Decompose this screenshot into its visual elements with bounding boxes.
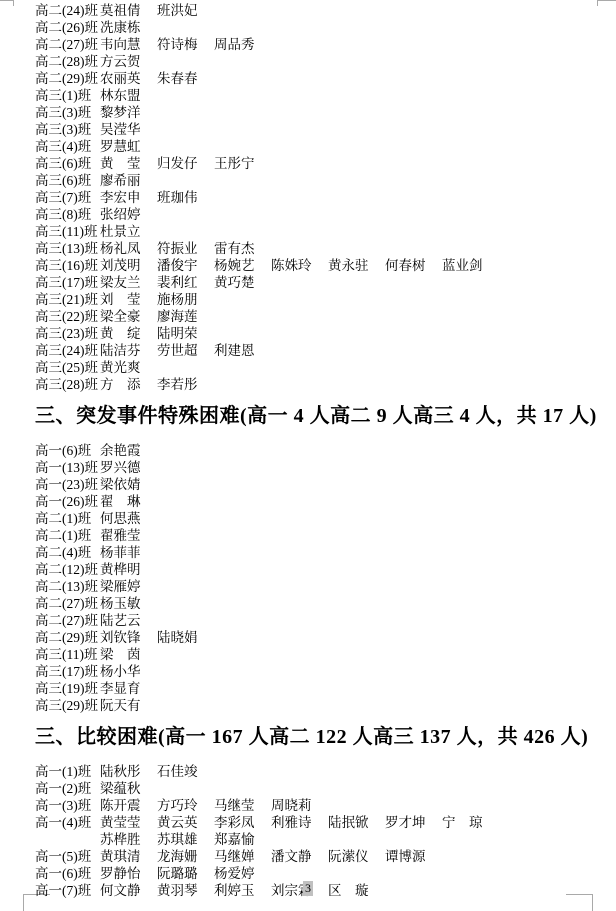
roster-row: 高三(22)班梁全豪廖海莲 <box>35 308 605 325</box>
class-label: 高三(1)班 <box>35 87 100 104</box>
class-label: 高三(6)班 <box>35 172 100 189</box>
roster-row: 高三(25)班黄光爽 <box>35 359 605 376</box>
student-name: 利雅诗 <box>271 814 328 831</box>
roster-row: 高二(13)班梁雁婷 <box>35 578 605 595</box>
roster-row: 高三(3)班吴滢华 <box>35 121 605 138</box>
class-label: 高三(11)班 <box>35 646 100 663</box>
roster-row: 高三(7)班李宏申班珈伟 <box>35 189 605 206</box>
student-name: 刘宗霖 <box>271 882 328 899</box>
student-name: 杜景立 <box>100 223 157 240</box>
roster-row: 高二(28)班方云贺 <box>35 53 605 70</box>
roster-row: 高一(3)班陈开震方巧玲马继莹周晓莉 <box>35 797 605 814</box>
roster-row: 高二(27)班杨玉敏 <box>35 595 605 612</box>
roster-row: 高二(29)班刘钦锋陆晓娟 <box>35 629 605 646</box>
roster-row: 高三(11)班杜景立 <box>35 223 605 240</box>
roster-row: 高三(17)班梁友兰裴利红黄巧楚 <box>35 274 605 291</box>
class-label: 高一(26)班 <box>35 493 100 510</box>
student-name: 李宏申 <box>100 189 157 206</box>
student-name: 班珈伟 <box>157 189 214 206</box>
roster-row: 高一(26)班翟 琳 <box>35 493 605 510</box>
class-label: 高二(27)班 <box>35 595 100 612</box>
class-label: 高二(13)班 <box>35 578 100 595</box>
class-label: 高二(4)班 <box>35 544 100 561</box>
student-name: 廖希丽 <box>100 172 157 189</box>
student-name: 归发仔 <box>157 155 214 172</box>
roster-row: 高一(13)班罗兴德 <box>35 459 605 476</box>
class-label: 高一(1)班 <box>35 763 100 780</box>
class-label: 高三(29)班 <box>35 697 100 714</box>
roster-row: 苏桦胜苏琪雄郑嘉愉 <box>35 831 605 848</box>
student-name: 蓝业剑 <box>442 257 499 274</box>
class-label: 高二(28)班 <box>35 53 100 70</box>
roster-row: 高三(21)班刘 莹施杨朋 <box>35 291 605 308</box>
student-name: 罗兴德 <box>100 459 157 476</box>
roster-row: 高二(27)班韦向慧符诗梅周品秀 <box>35 36 605 53</box>
student-name: 梁雁婷 <box>100 578 157 595</box>
student-name: 杨菲菲 <box>100 544 157 561</box>
roster-row: 高三(1)班林东盟 <box>35 87 605 104</box>
class-label: 高三(3)班 <box>35 104 100 121</box>
student-name: 陆明荣 <box>157 325 214 342</box>
roster-row: 高一(4)班黄莹莹黄云英李彩凤利雅诗陆抿锨罗才坤宁 琼 <box>35 814 605 831</box>
roster-section: 高一(1)班陆秋彤石佳竣高一(2)班梁蕴秋高一(3)班陈开震方巧玲马继莹周晓莉高… <box>35 763 605 899</box>
student-name: 符振业 <box>157 240 214 257</box>
roster-row: 高一(5)班黄琪清龙海姗马继婵潘文静阮潆仪谭博源 <box>35 848 605 865</box>
student-name: 杨礼凤 <box>100 240 157 257</box>
roster-row: 高三(6)班黄 莹归发仔王彤宁 <box>35 155 605 172</box>
document-content: 高二(24)班莫祖倩班洪妃高二(26)班冼康栋高二(27)班韦向慧符诗梅周品秀高… <box>35 2 605 899</box>
student-name: 罗慧虹 <box>100 138 157 155</box>
section-heading: 三、突发事件特殊困难(高一 4 人高二 9 人高三 4 人，共 17 人) <box>35 403 605 429</box>
student-name: 黄云英 <box>157 814 214 831</box>
student-name: 廖海莲 <box>157 308 214 325</box>
class-label: 高三(17)班 <box>35 274 100 291</box>
class-label: 高三(16)班 <box>35 257 100 274</box>
roster-row: 高一(1)班陆秋彤石佳竣 <box>35 763 605 780</box>
class-label: 高三(8)班 <box>35 206 100 223</box>
class-label: 高一(5)班 <box>35 848 100 865</box>
student-name: 冼康栋 <box>100 19 157 36</box>
class-label: 高一(7)班 <box>35 882 100 899</box>
roster-row: 高三(13)班杨礼凤符振业雷有杰 <box>35 240 605 257</box>
class-label: 高三(4)班 <box>35 138 100 155</box>
student-name: 黄桦明 <box>100 561 157 578</box>
class-label: 高二(12)班 <box>35 561 100 578</box>
student-name: 黎梦洋 <box>100 104 157 121</box>
class-label: 高二(24)班 <box>35 2 100 19</box>
student-name: 符诗梅 <box>157 36 214 53</box>
student-name: 陈开震 <box>100 797 157 814</box>
class-label: 高二(29)班 <box>35 70 100 87</box>
roster-row: 高二(24)班莫祖倩班洪妃 <box>35 2 605 19</box>
student-name: 农丽英 <box>100 70 157 87</box>
class-label: 高二(26)班 <box>35 19 100 36</box>
student-name: 施杨朋 <box>157 291 214 308</box>
class-label: 高一(6)班 <box>35 865 100 882</box>
student-name: 龙海姗 <box>157 848 214 865</box>
student-name: 苏琪雄 <box>157 831 214 848</box>
student-name: 黄光爽 <box>100 359 157 376</box>
roster-row: 高三(16)班刘茂明潘俊宇杨婉艺陈姝玲黄永驻何春树蓝业剑 <box>35 257 605 274</box>
student-name: 李彩凤 <box>214 814 271 831</box>
student-name: 陈姝玲 <box>271 257 328 274</box>
student-name: 阮天有 <box>100 697 157 714</box>
class-label <box>35 831 100 848</box>
student-name: 杨小华 <box>100 663 157 680</box>
student-name: 方云贺 <box>100 53 157 70</box>
student-name: 马继婵 <box>214 848 271 865</box>
student-name: 梁依婧 <box>100 476 157 493</box>
roster-row: 高二(29)班农丽英朱春春 <box>35 70 605 87</box>
student-name: 谭博源 <box>385 848 442 865</box>
roster-row: 高三(29)班阮天有 <box>35 697 605 714</box>
student-name: 黄羽琴 <box>157 882 214 899</box>
roster-row: 高三(3)班黎梦洋 <box>35 104 605 121</box>
class-label: 高二(1)班 <box>35 527 100 544</box>
student-name: 王彤宁 <box>214 155 271 172</box>
text-boundary-mark-top-left <box>0 0 14 6</box>
student-name: 苏桦胜 <box>100 831 157 848</box>
roster-row: 高一(2)班梁蕴秋 <box>35 780 605 797</box>
student-name: 何春树 <box>385 257 442 274</box>
student-name: 余艳霞 <box>100 442 157 459</box>
student-name: 陆秋彤 <box>100 763 157 780</box>
student-name: 李显育 <box>100 680 157 697</box>
roster-row: 高三(8)班张绍婷 <box>35 206 605 223</box>
class-label: 高三(22)班 <box>35 308 100 325</box>
student-name: 班洪妃 <box>157 2 214 19</box>
class-label: 高三(6)班 <box>35 155 100 172</box>
student-name: 何文静 <box>100 882 157 899</box>
student-name: 刘茂明 <box>100 257 157 274</box>
student-name: 区 璇 <box>328 882 385 899</box>
class-label: 高三(17)班 <box>35 663 100 680</box>
class-label: 高一(3)班 <box>35 797 100 814</box>
class-label: 高二(1)班 <box>35 510 100 527</box>
student-name: 罗才坤 <box>385 814 442 831</box>
student-name: 刘钦锋 <box>100 629 157 646</box>
class-label: 高三(7)班 <box>35 189 100 206</box>
student-name: 黄 莹 <box>100 155 157 172</box>
roster-row: 高三(28)班方 添李若彤 <box>35 376 605 393</box>
student-name: 石佳竣 <box>157 763 214 780</box>
student-name: 周品秀 <box>214 36 271 53</box>
class-label: 高一(2)班 <box>35 780 100 797</box>
student-name: 李若彤 <box>157 376 214 393</box>
class-label: 高三(28)班 <box>35 376 100 393</box>
roster-row: 高二(1)班何思燕 <box>35 510 605 527</box>
student-name: 梁 茵 <box>100 646 157 663</box>
student-name: 陆洁芬 <box>100 342 157 359</box>
student-name: 陆抿锨 <box>328 814 385 831</box>
class-label: 高三(19)班 <box>35 680 100 697</box>
student-name: 方 添 <box>100 376 157 393</box>
student-name: 韦向慧 <box>100 36 157 53</box>
student-name: 马继莹 <box>214 797 271 814</box>
student-name: 朱春春 <box>157 70 214 87</box>
class-label: 高二(27)班 <box>35 36 100 53</box>
roster-row: 高一(7)班何文静黄羽琴利婷玉刘宗霖区 璇 <box>35 882 605 899</box>
student-name: 阮潆仪 <box>328 848 385 865</box>
student-name: 林东盟 <box>100 87 157 104</box>
student-name: 潘文静 <box>271 848 328 865</box>
roster-row: 高一(6)班罗静怡阮璐璐杨爱婷 <box>35 865 605 882</box>
student-name: 梁蕴秋 <box>100 780 157 797</box>
student-name: 郑嘉愉 <box>214 831 271 848</box>
roster-row: 高三(23)班黄 绽陆明荣 <box>35 325 605 342</box>
student-name: 罗静怡 <box>100 865 157 882</box>
roster-row: 高二(26)班冼康栋 <box>35 19 605 36</box>
class-label: 高一(23)班 <box>35 476 100 493</box>
student-name: 莫祖倩 <box>100 2 157 19</box>
page-number-field: 3 <box>303 881 313 896</box>
student-name: 黄琪清 <box>100 848 157 865</box>
roster-row: 高三(24)班陆洁芬劳世超利建恩 <box>35 342 605 359</box>
student-name: 刘 莹 <box>100 291 157 308</box>
roster-row: 高三(17)班杨小华 <box>35 663 605 680</box>
class-label: 高二(27)班 <box>35 612 100 629</box>
roster-row: 高三(4)班罗慧虹 <box>35 138 605 155</box>
student-name: 黄莹莹 <box>100 814 157 831</box>
class-label: 高三(23)班 <box>35 325 100 342</box>
roster-row: 高三(6)班廖希丽 <box>35 172 605 189</box>
class-label: 高三(13)班 <box>35 240 100 257</box>
roster-section: 高一(6)班余艳霞高一(13)班罗兴德高一(23)班梁依婧高一(26)班翟 琳高… <box>35 442 605 714</box>
student-name: 杨玉敏 <box>100 595 157 612</box>
student-name: 陆艺云 <box>100 612 157 629</box>
student-name: 翟 琳 <box>100 493 157 510</box>
roster-row: 高一(23)班梁依婧 <box>35 476 605 493</box>
student-name: 雷有杰 <box>214 240 271 257</box>
class-label: 高三(3)班 <box>35 121 100 138</box>
student-name: 黄永驻 <box>328 257 385 274</box>
student-name: 何思燕 <box>100 510 157 527</box>
roster-row: 高二(12)班黄桦明 <box>35 561 605 578</box>
student-name: 利婷玉 <box>214 882 271 899</box>
student-name: 方巧玲 <box>157 797 214 814</box>
student-name: 梁全豪 <box>100 308 157 325</box>
student-name: 宁 琼 <box>442 814 499 831</box>
student-name: 周晓莉 <box>271 797 328 814</box>
class-label: 高三(21)班 <box>35 291 100 308</box>
roster-row: 高三(19)班李显育 <box>35 680 605 697</box>
section-heading: 三、比较困难(高一 167 人高二 122 人高三 137 人，共 426 人) <box>35 724 605 750</box>
roster-row: 高二(4)班杨菲菲 <box>35 544 605 561</box>
student-name: 杨婉艺 <box>214 257 271 274</box>
student-name: 梁友兰 <box>100 274 157 291</box>
class-label: 高一(4)班 <box>35 814 100 831</box>
student-name: 陆晓娟 <box>157 629 214 646</box>
class-label: 高一(6)班 <box>35 442 100 459</box>
student-name: 吴滢华 <box>100 121 157 138</box>
student-name: 黄 绽 <box>100 325 157 342</box>
student-name: 劳世超 <box>157 342 214 359</box>
student-name: 利建恩 <box>214 342 271 359</box>
class-label: 高一(13)班 <box>35 459 100 476</box>
class-label: 高三(24)班 <box>35 342 100 359</box>
roster-row: 高二(1)班翟雅莹 <box>35 527 605 544</box>
student-name: 裴利红 <box>157 274 214 291</box>
class-label: 高三(11)班 <box>35 223 100 240</box>
student-name: 翟雅莹 <box>100 527 157 544</box>
student-name: 杨爱婷 <box>214 865 271 882</box>
class-label: 高三(25)班 <box>35 359 100 376</box>
class-label: 高二(29)班 <box>35 629 100 646</box>
student-name: 潘俊宇 <box>157 257 214 274</box>
student-name: 黄巧楚 <box>214 274 271 291</box>
roster-row: 高一(6)班余艳霞 <box>35 442 605 459</box>
student-name: 张绍婷 <box>100 206 157 223</box>
roster-row: 高三(11)班梁 茵 <box>35 646 605 663</box>
roster-section: 高二(24)班莫祖倩班洪妃高二(26)班冼康栋高二(27)班韦向慧符诗梅周品秀高… <box>35 2 605 393</box>
document-page: 高二(24)班莫祖倩班洪妃高二(26)班冼康栋高二(27)班韦向慧符诗梅周品秀高… <box>0 0 616 911</box>
student-name: 阮璐璐 <box>157 865 214 882</box>
roster-row: 高二(27)班陆艺云 <box>35 612 605 629</box>
